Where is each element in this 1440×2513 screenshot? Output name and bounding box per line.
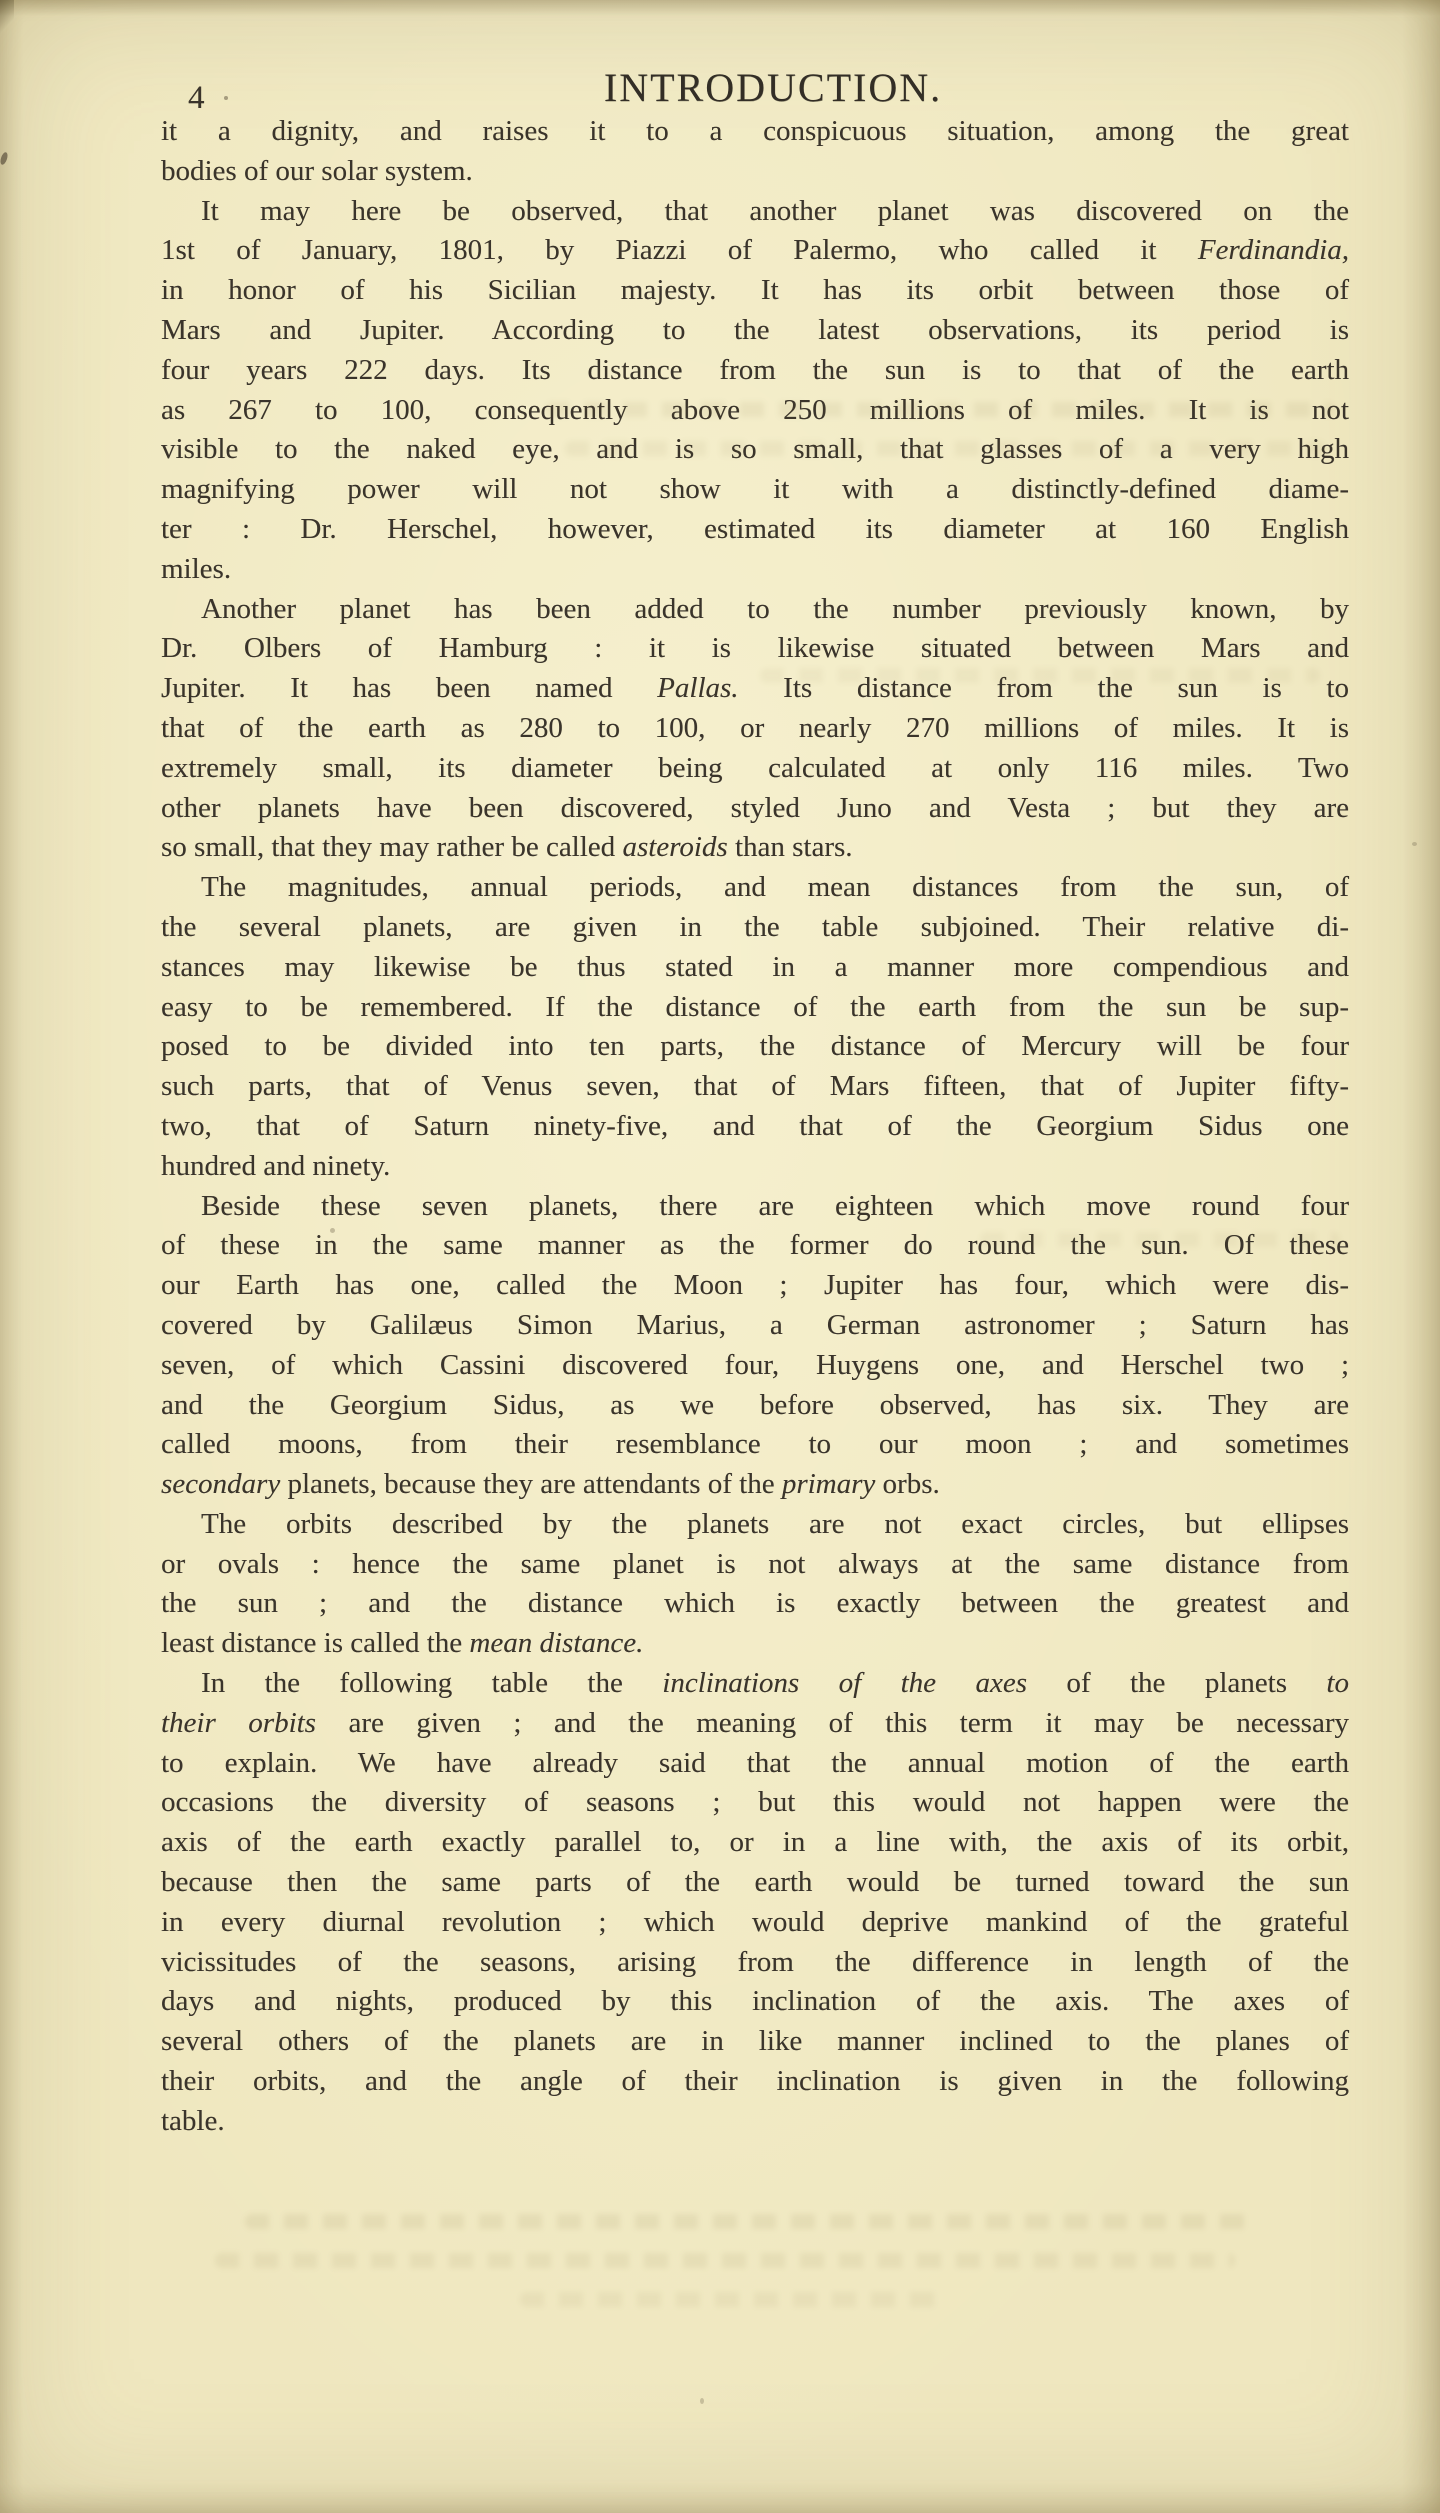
text-line: two, that of Saturn ninety-five, and tha…: [161, 1107, 1349, 1147]
page-number: 4: [188, 80, 205, 116]
scan-corner-shadow: [0, 0, 14, 34]
text-line: easy to be remembered. If the distance o…: [161, 988, 1349, 1028]
text-line: the several planets, are given in the ta…: [161, 908, 1349, 948]
text-line: The magnitudes, annual periods, and mean…: [161, 868, 1349, 908]
text-line: Jupiter. It has been named Pallas. Its d…: [161, 669, 1349, 709]
text-line: Beside these seven planets, there are ei…: [161, 1187, 1349, 1227]
paragraph: Beside these seven planets, there are ei…: [161, 1187, 1349, 1505]
text-line: occasions the diversity of seasons ; but…: [161, 1783, 1349, 1823]
page-text: it a dignity, and raises it to a conspic…: [161, 112, 1349, 2142]
paper-speck: [0, 151, 9, 165]
text-line: it a dignity, and raises it to a conspic…: [161, 112, 1349, 152]
text-line: The orbits described by the planets are …: [161, 1505, 1349, 1545]
text-line: Dr. Olbers of Hamburg : it is likewise s…: [161, 629, 1349, 669]
bleed-through-ghost-text: [245, 2214, 1255, 2229]
text-line: their orbits, and the angle of their inc…: [161, 2062, 1349, 2102]
text-line: Another planet has been added to the num…: [161, 590, 1349, 630]
text-line: in every diurnal revolution ; which woul…: [161, 1903, 1349, 1943]
paragraph: Another planet has been added to the num…: [161, 590, 1349, 869]
text-line: days and nights, produced by this inclin…: [161, 1982, 1349, 2022]
text-line: ter : Dr. Herschel, however, estimated i…: [161, 510, 1349, 550]
text-line: four years 222 days. Its distance from t…: [161, 351, 1349, 391]
text-line: other planets have been discovered, styl…: [161, 789, 1349, 829]
text-line: hundred and ninety.: [161, 1147, 1349, 1187]
paper-speck: [700, 2398, 704, 2404]
text-line: the sun ; and the distance which is exac…: [161, 1584, 1349, 1624]
text-line: as 267 to 100, consequently above 250 mi…: [161, 391, 1349, 431]
text-line: their orbits are given ; and the meaning…: [161, 1704, 1349, 1744]
text-line: covered by Galilæus Simon Marius, a Germ…: [161, 1306, 1349, 1346]
text-line: such parts, that of Venus seven, that of…: [161, 1067, 1349, 1107]
text-line: that of the earth as 280 to 100, or near…: [161, 709, 1349, 749]
text-line: because then the same parts of the earth…: [161, 1863, 1349, 1903]
paragraph: In the following table the inclinations …: [161, 1664, 1349, 2142]
text-line: so small, that they may rather be called…: [161, 828, 1349, 868]
text-line: vicissitudes of the seasons, arising fro…: [161, 1943, 1349, 1983]
text-line: miles.: [161, 550, 1349, 590]
text-line: seven, of which Cassini discovered four,…: [161, 1346, 1349, 1386]
text-line: secondary planets, because they are atte…: [161, 1465, 1349, 1505]
text-line: several others of the planets are in lik…: [161, 2022, 1349, 2062]
paper-speck: [224, 96, 228, 100]
text-line: and the Georgium Sidus, as we before obs…: [161, 1386, 1349, 1426]
text-line: extremely small, its diameter being calc…: [161, 749, 1349, 789]
text-line: table.: [161, 2102, 1349, 2142]
text-line: visible to the naked eye, and is so smal…: [161, 430, 1349, 470]
bleed-through-ghost-text: [520, 2292, 940, 2307]
text-line: of these in the same manner as the forme…: [161, 1226, 1349, 1266]
text-line: called moons, from their resemblance to …: [161, 1425, 1349, 1465]
text-line: It may here be observed, that another pl…: [161, 192, 1349, 232]
text-line: posed to be divided into ten parts, the …: [161, 1027, 1349, 1067]
paper-speck: [1412, 842, 1417, 846]
text-line: least distance is called the mean distan…: [161, 1624, 1349, 1664]
text-line: bodies of our solar system.: [161, 152, 1349, 192]
bleed-through-ghost-text: [215, 2253, 1235, 2268]
paragraph: The magnitudes, annual periods, and mean…: [161, 868, 1349, 1186]
text-line: In the following table the inclinations …: [161, 1664, 1349, 1704]
text-line: magnifying power will not show it with a…: [161, 470, 1349, 510]
running-header: INTRODUCTION.: [595, 66, 951, 110]
text-line: in honor of his Sicilian majesty. It has…: [161, 271, 1349, 311]
book-page-scan: 4 INTRODUCTION. it a dignity, and raises…: [0, 0, 1440, 2513]
text-line: 1st of January, 1801, by Piazzi of Paler…: [161, 231, 1349, 271]
text-line: our Earth has one, called the Moon ; Jup…: [161, 1266, 1349, 1306]
paragraph: The orbits described by the planets are …: [161, 1505, 1349, 1664]
text-line: axis of the earth exactly parallel to, o…: [161, 1823, 1349, 1863]
paragraph: It may here be observed, that another pl…: [161, 192, 1349, 590]
text-line: Mars and Jupiter. According to the lates…: [161, 311, 1349, 351]
text-line: stances may likewise be thus stated in a…: [161, 948, 1349, 988]
text-line: to explain. We have already said that th…: [161, 1744, 1349, 1784]
paragraph: it a dignity, and raises it to a conspic…: [161, 112, 1349, 192]
text-line: or ovals : hence the same planet is not …: [161, 1545, 1349, 1585]
